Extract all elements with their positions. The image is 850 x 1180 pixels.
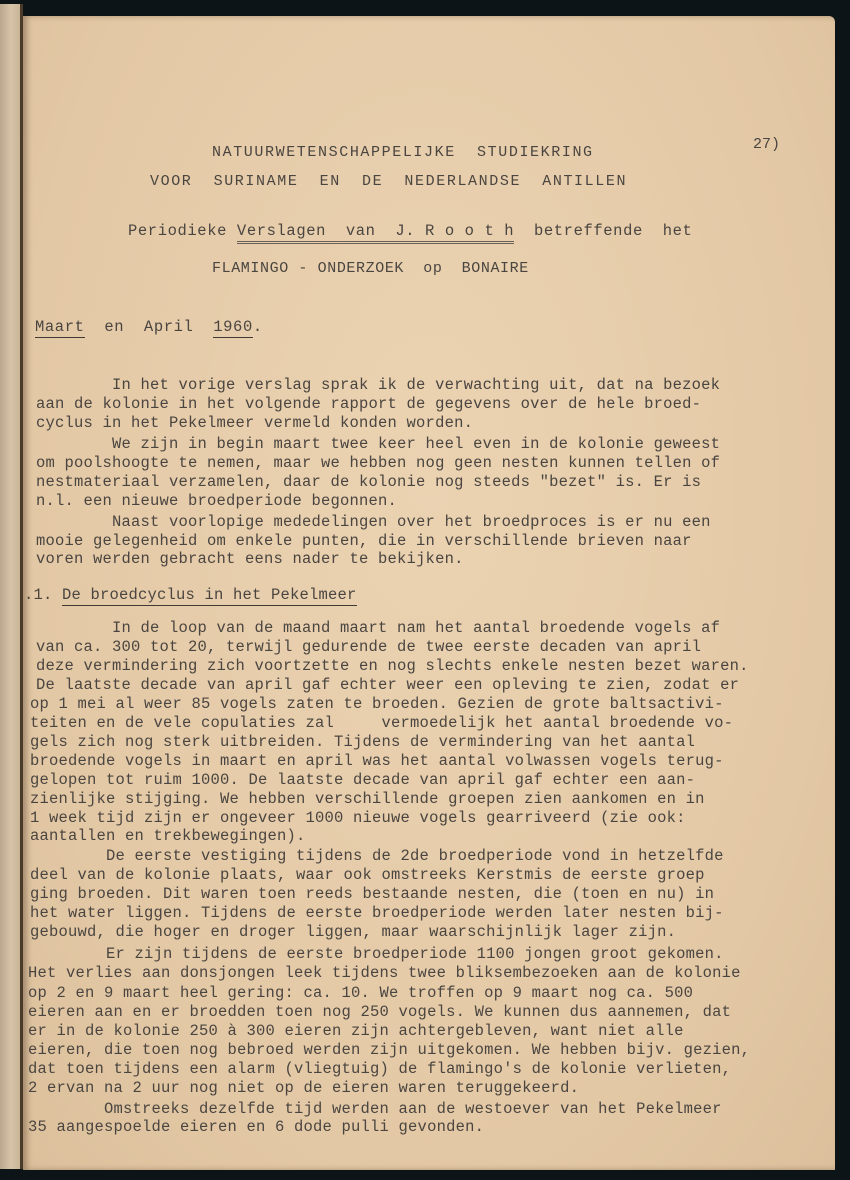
text-line: gelopen tot ruim 1000. De laatste decade… [30,771,695,789]
period-year: 1960 [213,318,253,338]
text-line: op 2 en 9 maart heel gering: ca. 10. We … [28,984,693,1002]
text-line: voren werden gebracht eens nader te beki… [36,550,464,568]
period-month: Maart [35,318,85,338]
header-line-2: VOOR SURINAME EN DE NEDERLANDSE ANTILLEN [150,173,627,190]
header-line-4: FLAMINGO - ONDERZOEK op BONAIRE [212,260,529,277]
text-line: Er zijn tijdens de eerste broedperiode 1… [30,945,724,963]
adjacent-page-edge [0,4,23,1169]
text-line: eieren, die toen nog bebroed werden zijn… [28,1041,750,1059]
header-line-1: NATUURWETENSCHAPPELIJKE STUDIEKRING [212,144,594,161]
text-line: 1 week tijd zijn er ongeveer 1000 nieuwe… [30,809,686,827]
text-line: er in de kolonie 250 à 300 eieren zijn a… [28,1022,684,1040]
text-line: het water liggen. Tijdens de eerste broe… [30,904,724,922]
text-line: gebouwd, die hoger en droger liggen, maa… [30,923,676,941]
text-line: aan de kolonie in het volgende rapport d… [36,395,701,413]
text-line: De laatste decade van april gaf echter w… [36,676,739,694]
text-line: deze vermindering zich voortzette en nog… [36,657,749,675]
text-line: om poolshoogte te nemen, maar we hebben … [36,454,720,472]
text-line: cyclus in het Pekelmeer vermeld konden w… [36,414,473,432]
text-line: teiten en de vele copulaties zal vermoed… [30,714,733,732]
text-line: van ca. 300 tot 20, terwijl gedurende de… [36,638,701,656]
header-line-3: Periodieke Verslagen van J. R o o t h be… [128,222,692,240]
text-line: De eerste vestiging tijdens de 2de broed… [30,847,724,865]
text-line: 2 ervan na 2 uur nog niet op de eieren w… [28,1079,579,1097]
text-line: n.l. een nieuwe broedperiode begonnen. [36,492,397,510]
text-line: nestmateriaal verzamelen, daar de koloni… [36,473,701,491]
header-prefix: Periodieke [128,222,237,240]
report-author-title: Verslagen van J. R o o t h [237,222,514,244]
text-line: op 1 mei al weer 85 vogels zaten te broe… [30,695,724,713]
page-number: 27) [753,136,780,153]
text-line: aantallen en trekbewegingen). [30,827,306,845]
section-title: De broedcyclus in het Pekelmeer [62,586,357,606]
text-line: deel van de kolonie plaats, waar ook oms… [30,866,705,884]
text-line: zienlijke stijging. We hebben verschille… [30,790,705,808]
header-suffix: betreffende het [514,222,692,240]
text-line: ging broeden. Dit waren toen reeds besta… [30,885,714,903]
text-line: Naast voorlopige mededelingen over het b… [36,513,711,531]
text-line: eieren aan en er broedden toen nog 250 v… [28,1003,731,1021]
text-line: dat toen tijdens een alarm (vliegtuig) d… [28,1060,731,1078]
text-line: gels zich nog sterk uitbreiden. Tijdens … [30,733,695,751]
period-middle: en April [85,318,214,336]
text-line: Het verlies aan donsjongen leek tijdens … [28,964,741,982]
period-heading: Maart en April 1960. [35,318,263,336]
text-line: Omstreeks dezelfde tijd werden aan de we… [28,1100,722,1118]
section-heading: .1. De broedcyclus in het Pekelmeer [24,586,357,604]
text-line: In het vorige verslag sprak ik de verwac… [36,376,720,394]
section-number: .1. [24,586,62,604]
text-line: 35 aangespoelde eieren en 6 dode pulli g… [28,1118,484,1136]
period-end: . [253,318,263,336]
text-line: In de loop van de maand maart nam het aa… [36,619,720,637]
text-line: broedende vogels in maart en april was h… [30,752,724,770]
text-line: mooie gelegenheid om enkele punten, die … [36,532,692,550]
text-line: We zijn in begin maart twee keer heel ev… [36,435,720,453]
